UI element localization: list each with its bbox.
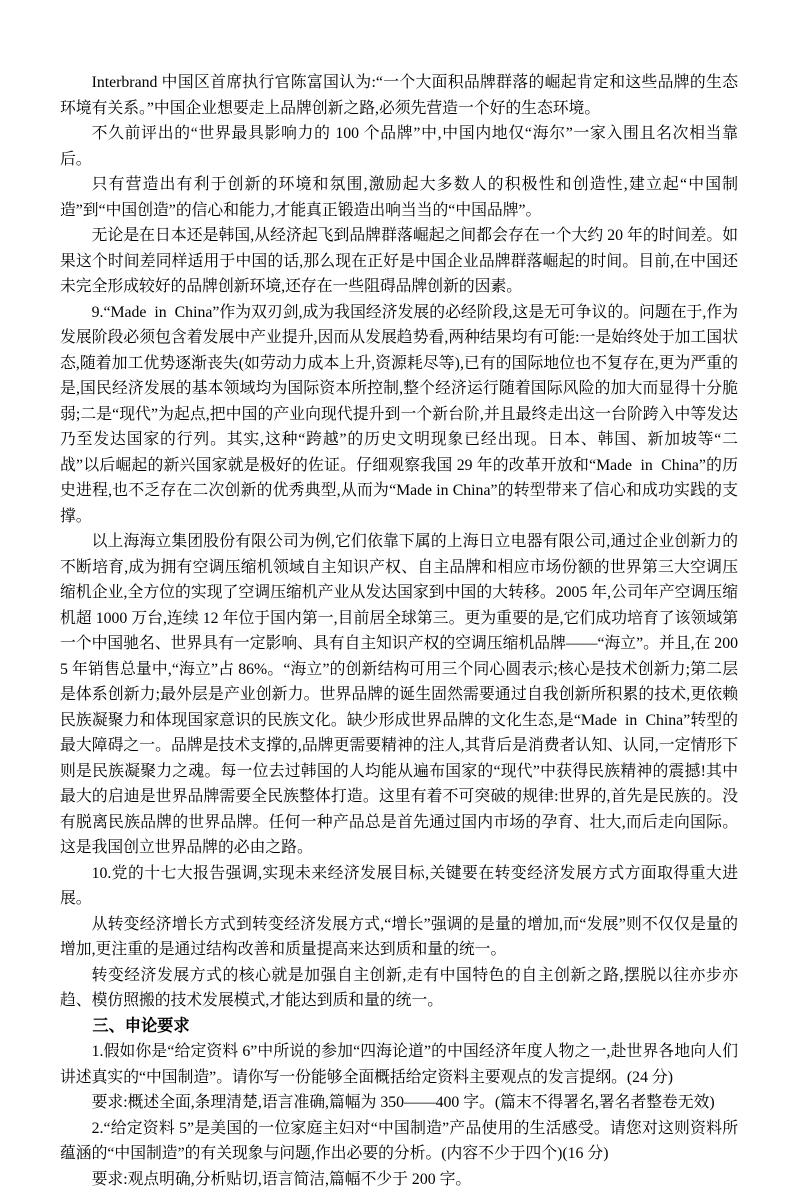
material-paragraph: 转变经济发展方式的核心就是加强自主创新,走有中国特色的自主创新之路,摆脱以往亦步… (60, 963, 738, 1014)
material-paragraph: 从转变经济增长方式到转变经济发展方式,“增长”强调的是量的增加,而“发展”则不仅… (60, 912, 738, 963)
document-page: Interbrand 中国区首席执行官陈富国认为:“一个大面积品牌群落的崛起肯定… (60, 70, 738, 1192)
essay-question-2: 2.“给定资料 5”是美国的一位家庭主妇对“中国制造”产品使用的生活感受。请您对… (60, 1116, 738, 1167)
section-heading: 三、申论要求 (60, 1014, 738, 1040)
question-1-requirements: 要求:概述全面,条理清楚,语言准确,篇幅为 350——400 字。(篇末不得署名… (60, 1090, 738, 1116)
material-paragraph: 不久前评出的“世界最具影响力的 100 个品牌”中,中国内地仅“海尔”一家入围且… (60, 121, 738, 172)
material-paragraph: Interbrand 中国区首席执行官陈富国认为:“一个大面积品牌群落的崛起肯定… (60, 70, 738, 121)
material-paragraph: 无论是在日本还是韩国,从经济起飞到品牌群落崛起之间都会存在一个大约 20 年的时… (60, 223, 738, 300)
essay-question-1: 1.假如你是“给定资料 6”中所说的参加“四海论道”的中国经济年度人物之一,赴世… (60, 1039, 738, 1090)
material-paragraph-10: 10.党的十七大报告强调,实现未来经济发展目标,关键要在转变经济发展方式方面取得… (60, 861, 738, 912)
material-paragraph-9: 9.“Made in China”作为双刃剑,成为我国经济发展的必经阶段,这是无… (60, 300, 738, 530)
material-paragraph: 只有营造出有利于创新的环境和氛围,激励起大多数人的积极性和创造性,建立起“中国制… (60, 172, 738, 223)
question-2-requirements: 要求:观点明确,分析贴切,语言简洁,篇幅不少于 200 字。 (60, 1167, 738, 1192)
material-paragraph: 以上海海立集团股份有限公司为例,它们依靠下属的上海日立电器有限公司,通过企业创新… (60, 529, 738, 861)
